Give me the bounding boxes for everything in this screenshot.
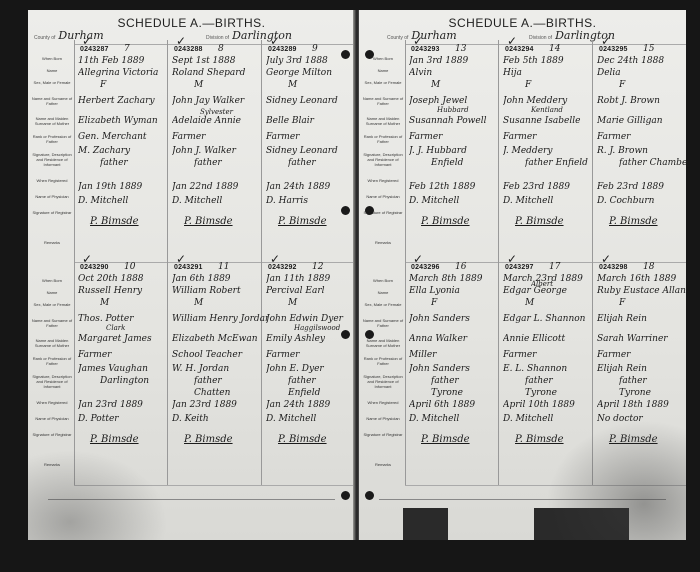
row-label: When Registered [361,178,405,183]
registrar-signature: P. Bimsde [278,216,327,227]
serial-number: 0243296 [411,264,440,271]
registrar-signature: P. Bimsde [421,434,470,445]
serial-number: 0243295 [599,46,628,53]
field-profession: Gen. Merchant [78,132,174,142]
field-physician: D. Harris [266,196,355,206]
field-when-born: Jan 3rd 1889 [409,56,505,66]
binder-hole [365,330,374,339]
binder-hole [365,491,374,500]
row-label: Signature of Registrar [30,210,74,215]
serial-number: 0243294 [505,46,534,53]
register-entry: ✓024329515Dec 24th 1888DeliaFRobt J. Bro… [595,46,686,256]
field-mother: Elizabeth McEwan [172,334,268,344]
field-sex: M [288,298,355,308]
field-informant: M. Zachary [78,146,174,156]
field-father: Joseph Jewel [409,96,505,106]
field-informant: Elijah Rein [597,364,686,374]
field-informant: J. Meddery [503,146,599,156]
registration-number: 15 [643,44,654,54]
row-label: Remarks [361,462,405,467]
registration-number: 12 [312,262,323,272]
field-when-born: March 8th 1889 [409,274,505,284]
field-name: Allegrina Victoria [78,68,174,78]
row-label: When Born [361,278,405,283]
row-label: When Born [30,56,74,61]
field-name: Ruby Eustace Allan [597,286,686,296]
field-when-born: Sept 1st 1888 [172,56,268,66]
registration-number: 17 [549,262,560,272]
page-title: SCHEDULE A.—BIRTHS. [359,16,686,30]
row-label: Name and Maiden Surname of Mother [30,338,74,348]
field-father: John Meddery [503,96,599,106]
field-physician: D. Mitchell [266,414,355,424]
row-label: When Registered [30,400,74,405]
serial-number: 0243290 [80,264,109,271]
field-informant: Sidney Leonard [266,146,355,156]
register-entry: ✓024329414Feb 5th 1889HijaFJohn MedderyK… [501,46,595,256]
row-label: Name of Physician [30,416,74,421]
field-name: Hija [503,68,599,78]
field-informant: John Sanders [409,364,505,374]
serial-number: 0243298 [599,264,628,271]
field-informant-desc: father Chamber [619,158,686,168]
field-name: Alvin [409,68,505,78]
field-mother: Adelaide Annie [172,116,268,126]
row-label: Name [30,68,74,73]
field-informant-res: Enfield [288,388,355,398]
page-title: SCHEDULE A.—BIRTHS. [28,16,355,30]
field-profession: Farmer [266,350,355,360]
field-informant-desc: father [288,158,355,168]
field-profession: Farmer [172,132,268,142]
registrar-signature: P. Bimsde [184,434,233,445]
field-profession: Farmer [503,132,599,142]
registrar-signature: P. Bimsde [278,434,327,445]
row-label: Sex, Male or Female [361,80,405,85]
field-informant: John J. Walker [172,146,268,156]
registrar-signature: P. Bimsde [515,216,564,227]
binder-hole [341,206,350,215]
serial-number: 0243289 [268,46,297,53]
field-when-born: Dec 24th 1888 [597,56,686,66]
registrar-signature: P. Bimsde [90,216,139,227]
field-father: Elijah Rein [597,314,686,324]
field-registered: April 10th 1889 [503,400,599,410]
field-informant: R. J. Brown [597,146,686,156]
field-registered: Feb 23rd 1889 [597,182,686,192]
serial-number: 0243288 [174,46,203,53]
field-profession: Farmer [597,132,686,142]
field-mother: Annie Ellicott [503,334,599,344]
field-father: Thos. Potter [78,314,174,324]
left-page: SCHEDULE A.—BIRTHS. County ofDurham Divi… [28,10,355,540]
register-entry: ✓024329010Oct 20th 1888Russell HenryMTho… [76,264,170,474]
row-label: When Registered [30,178,74,183]
field-father: Edgar L. Shannon [503,314,599,324]
registration-number: 9 [312,44,318,54]
field-registered: April 6th 1889 [409,400,505,410]
field-physician: D. Mitchell [172,196,268,206]
field-father: Sidney Leonard [266,96,355,106]
register-entry: ✓02432899July 3rd 1888George MiltonMSidn… [264,46,355,256]
serial-number: 0243297 [505,264,534,271]
row-label: Name of Physician [361,416,405,421]
row-label: Rank or Profession of Father [361,356,405,366]
serial-number: 0243287 [80,46,109,53]
binder-hole [341,491,350,500]
field-father: Herbert Zachary [78,96,174,106]
row-label: Rank or Profession of Father [361,134,405,144]
field-mother: Margaret James [78,334,174,344]
field-sex: F [619,80,686,90]
row-label: Signature, Description and Residence of … [361,374,405,389]
field-name: Russell Henry [78,286,174,296]
field-registered: Jan 24th 1889 [266,182,355,192]
field-mother: Sarah Warriner [597,334,686,344]
field-name: William Robert [172,286,268,296]
field-physician: D. Mitchell [503,196,599,206]
field-profession: Farmer [409,132,505,142]
field-mother: Marie Gilligan [597,116,686,126]
field-registered: Jan 22nd 1889 [172,182,268,192]
field-physician: D. Mitchell [78,196,174,206]
field-father: William Henry Jordan [172,314,268,324]
registration-number: 11 [218,262,229,272]
field-informant-res: Tyrone [619,388,686,398]
register-entry: ✓02432888Sept 1st 1888Roland ShepardMJoh… [170,46,264,256]
row-labels-top: When BornNameSex, Male or FemaleName and… [30,50,74,250]
field-when-born: Oct 20th 1888 [78,274,174,284]
row-labels-bottom: When BornNameSex, Male or FemaleName and… [361,272,405,482]
registration-number: 13 [455,44,466,54]
registrar-signature: P. Bimsde [90,434,139,445]
register-entry: ✓024329111Jan 6th 1889William RobertMWil… [170,264,264,474]
row-label: Signature of Registrar [361,432,405,437]
row-label: Name [30,290,74,295]
field-profession: Farmer [266,132,355,142]
field-mother: Susanne Isabelle [503,116,599,126]
field-father: John Edwin Dyer [266,314,355,324]
field-when-born: 11th Feb 1889 [78,56,174,66]
field-physician: D. Mitchell [409,414,505,424]
right-page: SCHEDULE A.—BIRTHS. County ofDurham Divi… [359,10,686,540]
field-profession: Farmer [78,350,174,360]
field-when-born: Jan 6th 1889 [172,274,268,284]
field-informant: W. H. Jordan [172,364,268,374]
field-informant: J. J. Hubbard [409,146,505,156]
row-label: When Born [30,278,74,283]
field-when-born: Jan 11th 1889 [266,274,355,284]
row-label: Name and Surname of Father [361,96,405,106]
field-when-born: Feb 5th 1889 [503,56,599,66]
row-label: Sex, Male or Female [30,302,74,307]
registration-number: 18 [643,262,654,272]
field-registered: Jan 23rd 1889 [78,400,174,410]
field-informant-desc: father [288,376,355,386]
row-labels-top: When BornNameSex, Male or FemaleName and… [361,50,405,250]
registrar-signature: P. Bimsde [184,216,233,227]
field-physician: D. Mitchell [409,196,505,206]
row-label: Name [361,290,405,295]
field-mother: Belle Blair [266,116,355,126]
serial-number: 0243293 [411,46,440,53]
field-father: Robt J. Brown [597,96,686,106]
binder-hole [365,50,374,59]
row-label: Remarks [30,240,74,245]
row-label: Signature, Description and Residence of … [30,374,74,389]
row-label: Name and Surname of Father [30,318,74,328]
row-label: Rank or Profession of Father [30,356,74,366]
field-mother: Anna Walker [409,334,505,344]
field-father: John Jay Walker [172,96,268,106]
row-label: Name and Surname of Father [361,318,405,328]
registration-number: 14 [549,44,560,54]
row-label: Name and Maiden Surname of Mother [30,116,74,126]
register-entry: ✓024329212Jan 11th 1889Percival EarlMJoh… [264,264,355,474]
field-sex: F [619,298,686,308]
register-book: SCHEDULE A.—BIRTHS. County ofDurham Divi… [28,10,686,540]
field-registered: Jan 24th 1889 [266,400,355,410]
row-label: When Registered [361,400,405,405]
field-mother: Elizabeth Wyman [78,116,174,126]
register-entry: ✓0243287711th Feb 1889Allegrina Victoria… [76,46,170,256]
field-informant-desc: father [619,376,686,386]
field-profession: School Teacher [172,350,268,360]
row-label: Remarks [361,240,405,245]
field-profession: Farmer [597,350,686,360]
row-label: Name of Physician [361,194,405,199]
binder-hole [341,50,350,59]
register-entry: ✓024329616March 8th 1889Ella LyoniaFJohn… [407,264,501,474]
field-informant: James Vaughan [78,364,174,374]
field-father: John Sanders [409,314,505,324]
row-label: Name of Physician [30,194,74,199]
field-name: Ella Lyonia [409,286,505,296]
field-physician: D. Cochburn [597,196,686,206]
field-when-born: March 16th 1889 [597,274,686,284]
field-informant: E. L. Shannon [503,364,599,374]
field-physician: D. Potter [78,414,174,424]
field-name: Percival Earl [266,286,355,296]
registrar-signature: P. Bimsde [421,216,470,227]
row-label: Signature, Description and Residence of … [361,152,405,167]
field-mother: Susannah Powell [409,116,505,126]
row-label: Name and Maiden Surname of Mother [361,338,405,348]
registration-number: 8 [218,44,224,54]
field-name: Delia [597,68,686,78]
field-name: George Milton [266,68,355,78]
row-label: Sex, Male or Female [361,302,405,307]
row-label: Name [361,68,405,73]
field-profession: Farmer [503,350,599,360]
registrar-signature: P. Bimsde [609,216,658,227]
binder-hole [341,330,350,339]
field-registered: April 18th 1889 [597,400,686,410]
binder-hole [365,206,374,215]
field-name: Roland Shepard [172,68,268,78]
row-label: Sex, Male or Female [30,80,74,85]
row-label: Signature of Registrar [30,432,74,437]
field-informant: John E. Dyer [266,364,355,374]
registration-number: 7 [124,44,130,54]
row-label: Rank or Profession of Father [30,134,74,144]
serial-number: 0243291 [174,264,203,271]
serial-number: 0243292 [268,264,297,271]
field-physician: D. Keith [172,414,268,424]
registration-number: 16 [455,262,466,272]
register-entry: ✓024329313Jan 3rd 1889AlvinMJoseph Jewel… [407,46,501,256]
registration-number: 10 [124,262,135,272]
row-label: Name and Maiden Surname of Mother [361,116,405,126]
field-profession: Miller [409,350,505,360]
field-registered: Jan 23rd 1889 [172,400,268,410]
field-registered: Jan 19th 1889 [78,182,174,192]
field-registered: Feb 12th 1889 [409,182,505,192]
row-label: Name and Surname of Father [30,96,74,106]
row-label: Signature, Description and Residence of … [30,152,74,167]
field-registered: Feb 23rd 1889 [503,182,599,192]
field-sex: M [288,80,355,90]
